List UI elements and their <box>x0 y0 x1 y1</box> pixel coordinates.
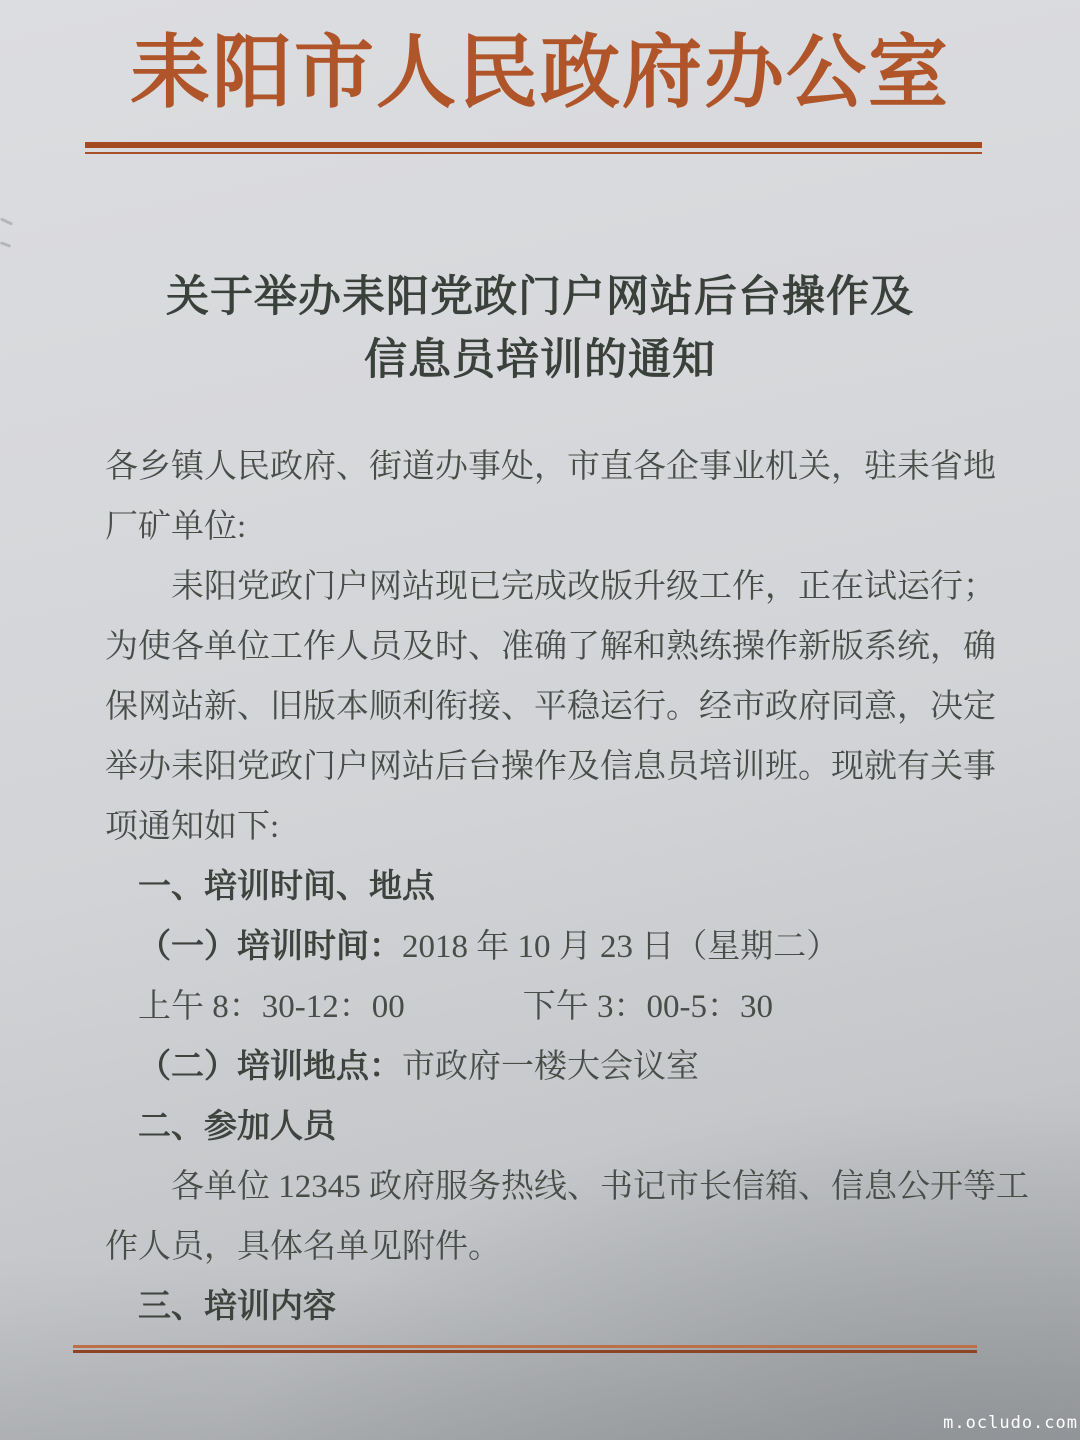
body-bold-segment: 二、参加人员 <box>138 1109 336 1145</box>
body-line: 各单位 12345 政府服务热线、书记市长信箱、信息公开等工 <box>105 1157 968 1217</box>
body-text-segment: 举办耒阳党政门户网站后台操作及信息员培训班。现就有关事 <box>105 749 996 785</box>
body-bold-segment: 一、培训时间、地点 <box>138 869 435 905</box>
body-text-segment: 为使各单位工作人员及时、准确了解和熟练操作新版系统，确 <box>105 629 996 665</box>
body-line: 为使各单位工作人员及时、准确了解和熟练操作新版系统，确 <box>105 617 968 677</box>
letterhead-org-name: 耒阳市人民政府办公室 <box>0 24 1080 124</box>
body-text-segment: 2018 年 10 月 23 日（星期二） <box>402 929 839 965</box>
body-line: 耒阳党政门户网站现已完成改版升级工作，正在试运行； <box>105 557 968 617</box>
body-text-segment: 上午 8：30-12：00 <box>138 989 405 1025</box>
body-line: 三、培训内容 <box>105 1277 968 1337</box>
paper-artifact <box>0 241 11 248</box>
document-body: 各乡镇人民政府、街道办事处，市直各企事业机关，驻耒省地厂矿单位:耒阳党政门户网站… <box>105 437 968 1337</box>
body-text-segment: 厂矿单位: <box>105 509 246 545</box>
body-line: 上午 8：30-12：00下午 3：00-5：30 <box>105 977 968 1037</box>
letterhead-rule <box>85 142 982 154</box>
document-title-line1: 关于举办耒阳党政门户网站后台操作及 <box>0 266 1080 329</box>
body-line: 保网站新、旧版本顺利衔接、平稳运行。经市政府同意，决定 <box>105 677 968 737</box>
letterhead-rule-thin <box>85 152 982 154</box>
body-text-segment: 保网站新、旧版本顺利衔接、平稳运行。经市政府同意，决定 <box>105 689 996 725</box>
body-bold-segment: （二）培训地点： <box>138 1049 402 1085</box>
footer-rule-bottom <box>73 1350 977 1353</box>
body-bold-segment: 三、培训内容 <box>138 1289 336 1325</box>
body-line: （二）培训地点：市政府一楼大会议室 <box>105 1037 968 1097</box>
body-text-segment: 下午 3：00-5：30 <box>523 989 773 1025</box>
footer-rule <box>73 1345 977 1353</box>
body-text-segment: 作人员，具体名单见附件。 <box>105 1229 501 1265</box>
body-text-segment: 耒阳党政门户网站现已完成改版升级工作，正在试运行； <box>171 569 996 605</box>
body-line: 举办耒阳党政门户网站后台操作及信息员培训班。现就有关事 <box>105 737 968 797</box>
body-line: 二、参加人员 <box>105 1097 968 1157</box>
body-line: 厂矿单位: <box>105 497 968 557</box>
paper-artifact <box>0 217 13 225</box>
body-line: （一）培训时间：2018 年 10 月 23 日（星期二） <box>105 917 968 977</box>
document-title-line2: 信息员培训的通知 <box>0 329 1080 392</box>
body-text-segment: 各单位 12345 政府服务热线、书记市长信箱、信息公开等工 <box>171 1169 1029 1205</box>
body-line: 各乡镇人民政府、街道办事处，市直各企事业机关，驻耒省地 <box>105 437 968 497</box>
body-bold-segment: （一）培训时间： <box>138 929 402 965</box>
body-text-segment: 项通知如下: <box>105 809 279 845</box>
body-text-segment: 各乡镇人民政府、街道办事处，市直各企事业机关，驻耒省地 <box>105 449 996 485</box>
body-line: 项通知如下: <box>105 797 968 857</box>
body-line: 一、培训时间、地点 <box>105 857 968 917</box>
watermark: m.ocludo.com <box>943 1413 1078 1433</box>
body-line: 作人员，具体名单见附件。 <box>105 1217 968 1277</box>
body-text-segment: 市政府一楼大会议室 <box>402 1049 699 1085</box>
document-title: 关于举办耒阳党政门户网站后台操作及 信息员培训的通知 <box>0 266 1080 392</box>
